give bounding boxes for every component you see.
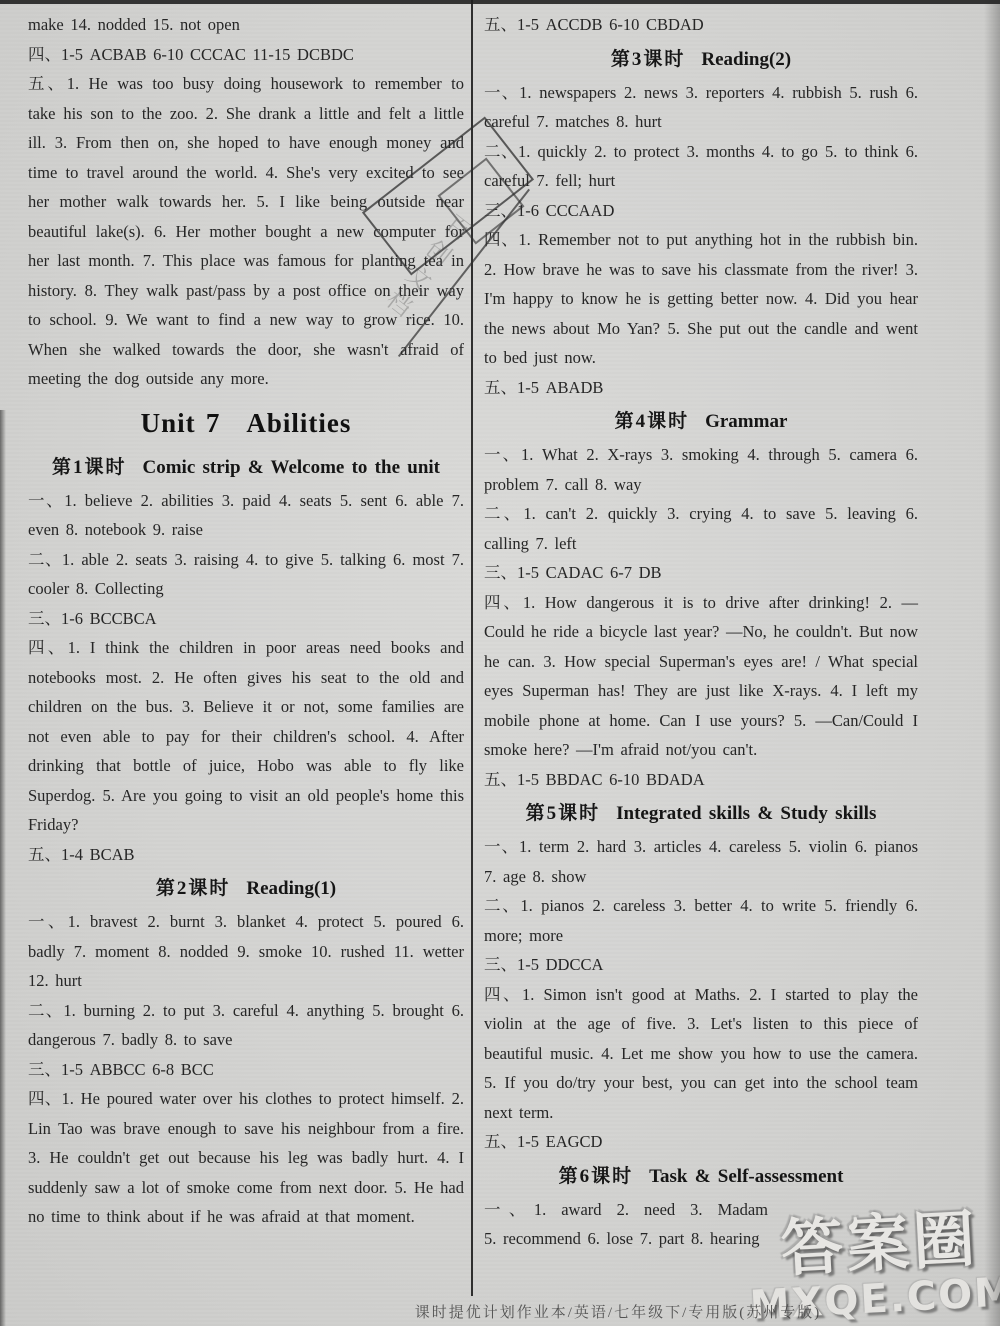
lesson-heading: 第6课时Task & Self-assessment <box>484 1157 918 1195</box>
unit-title: Unit 7Abilities <box>28 394 464 448</box>
answer-paragraph: 四、1. Remember not to put anything hot in… <box>484 225 918 373</box>
answer-paragraph: 三、1-5 DDCCA <box>484 950 918 980</box>
answer-paragraph: 四、1. How dangerous it is to drive after … <box>484 588 918 765</box>
lesson-heading: 第4课时Grammar <box>484 402 918 440</box>
column-divider <box>471 0 473 1296</box>
lesson-heading-zh: 第4课时 <box>615 411 690 432</box>
answer-paragraph: 三、1-5 ABBCC 6-8 BCC <box>28 1055 464 1085</box>
scan-shadow-right <box>984 0 1000 1326</box>
scan-shadow-left <box>0 410 6 1326</box>
answer-paragraph: 五、1-5 BBDAC 6-10 BDADA <box>484 765 918 795</box>
answer-paragraph: 三、1-5 CADAC 6-7 DB <box>484 558 918 588</box>
answer-paragraph: 一、1. newspapers 2. news 3. reporters 4. … <box>484 78 918 137</box>
page-footer: 课时提优计划作业本/英语/七年级下/专用版(苏州专版) <box>118 1301 1000 1325</box>
answer-paragraph: 四、1. He poured water over his clothes to… <box>28 1084 464 1232</box>
lesson-heading-zh: 第2课时 <box>156 878 231 899</box>
answer-paragraph: 五、1-5 ABADB <box>484 373 918 403</box>
answer-paragraph: 四、1. Simon isn't good at Maths. 2. I sta… <box>484 980 918 1128</box>
lesson-heading-zh: 第5课时 <box>526 803 601 824</box>
answer-paragraph: 五、1-5 ACCDB 6-10 CBDAD <box>484 10 918 40</box>
lesson-heading-en: Grammar <box>705 411 787 432</box>
lesson-heading: 第1课时Comic strip & Welcome to the unit <box>28 448 464 486</box>
lesson-heading-en: Integrated skills & Study skills <box>616 803 876 824</box>
answer-paragraph: 二、1. quickly 2. to protect 3. months 4. … <box>484 137 918 196</box>
answer-paragraph: 四、1. I think the children in poor areas … <box>28 633 464 840</box>
lesson-heading-en: Comic strip & Welcome to the unit <box>143 457 441 478</box>
left-column: make 14. nodded 15. not open四、1-5 ACBAB … <box>28 10 464 1232</box>
answer-paragraph: 二、1. burning 2. to put 3. careful 4. any… <box>28 996 464 1055</box>
answer-paragraph: 三、1-6 CCCAAD <box>484 196 918 226</box>
answer-paragraph: 二、1. pianos 2. careless 3. better 4. to … <box>484 891 918 950</box>
scanned-answer-page: make 14. nodded 15. not open四、1-5 ACBAB … <box>0 0 1000 1326</box>
answer-paragraph: 一、1. What 2. X-rays 3. smoking 4. throug… <box>484 440 918 499</box>
lesson-heading-zh: 第6课时 <box>559 1166 634 1187</box>
answer-paragraph: 四、1-5 ACBAB 6-10 CCCAC 11-15 DCBDC <box>28 40 464 70</box>
answer-paragraph: 二、1. can't 2. quickly 3. crying 4. to sa… <box>484 499 918 558</box>
answer-paragraph: 一、1. term 2. hard 3. articles 4. careles… <box>484 832 918 891</box>
answer-paragraph: 五、1-4 BCAB <box>28 840 464 870</box>
answer-paragraph: 5. recommend 6. lose 7. part 8. hearing <box>484 1224 918 1254</box>
lesson-heading-en: Task & Self-assessment <box>649 1166 843 1187</box>
unit-name: Abilities <box>246 408 351 438</box>
lesson-heading-zh: 第3课时 <box>611 49 686 70</box>
answer-paragraph: 二、1. able 2. seats 3. raising 4. to give… <box>28 545 464 604</box>
answer-paragraph: 五、1. He was too busy doing housework to … <box>28 69 464 394</box>
lesson-heading-en: Reading(2) <box>701 49 791 70</box>
answer-paragraph: 一、1. award 2. need 3. Madam <box>484 1195 918 1225</box>
unit-number: Unit 7 <box>141 408 221 438</box>
answer-paragraph: 一、1. bravest 2. burnt 3. blanket 4. prot… <box>28 907 464 996</box>
lesson-heading: 第3课时Reading(2) <box>484 40 918 78</box>
lesson-heading-en: Reading(1) <box>246 878 336 899</box>
lesson-heading: 第5课时Integrated skills & Study skills <box>484 794 918 832</box>
answer-paragraph: 一、1. believe 2. abilities 3. paid 4. sea… <box>28 486 464 545</box>
scan-top-edge <box>0 0 1000 4</box>
answer-paragraph: 三、1-6 BCCBCA <box>28 604 464 634</box>
lesson-heading-zh: 第1课时 <box>52 457 127 478</box>
right-column: 五、1-5 ACCDB 6-10 CBDAD第3课时Reading(2)一、1.… <box>484 10 918 1254</box>
lesson-heading: 第2课时Reading(1) <box>28 869 464 907</box>
answer-paragraph: 五、1-5 EAGCD <box>484 1127 918 1157</box>
answer-paragraph: make 14. nodded 15. not open <box>28 10 464 40</box>
